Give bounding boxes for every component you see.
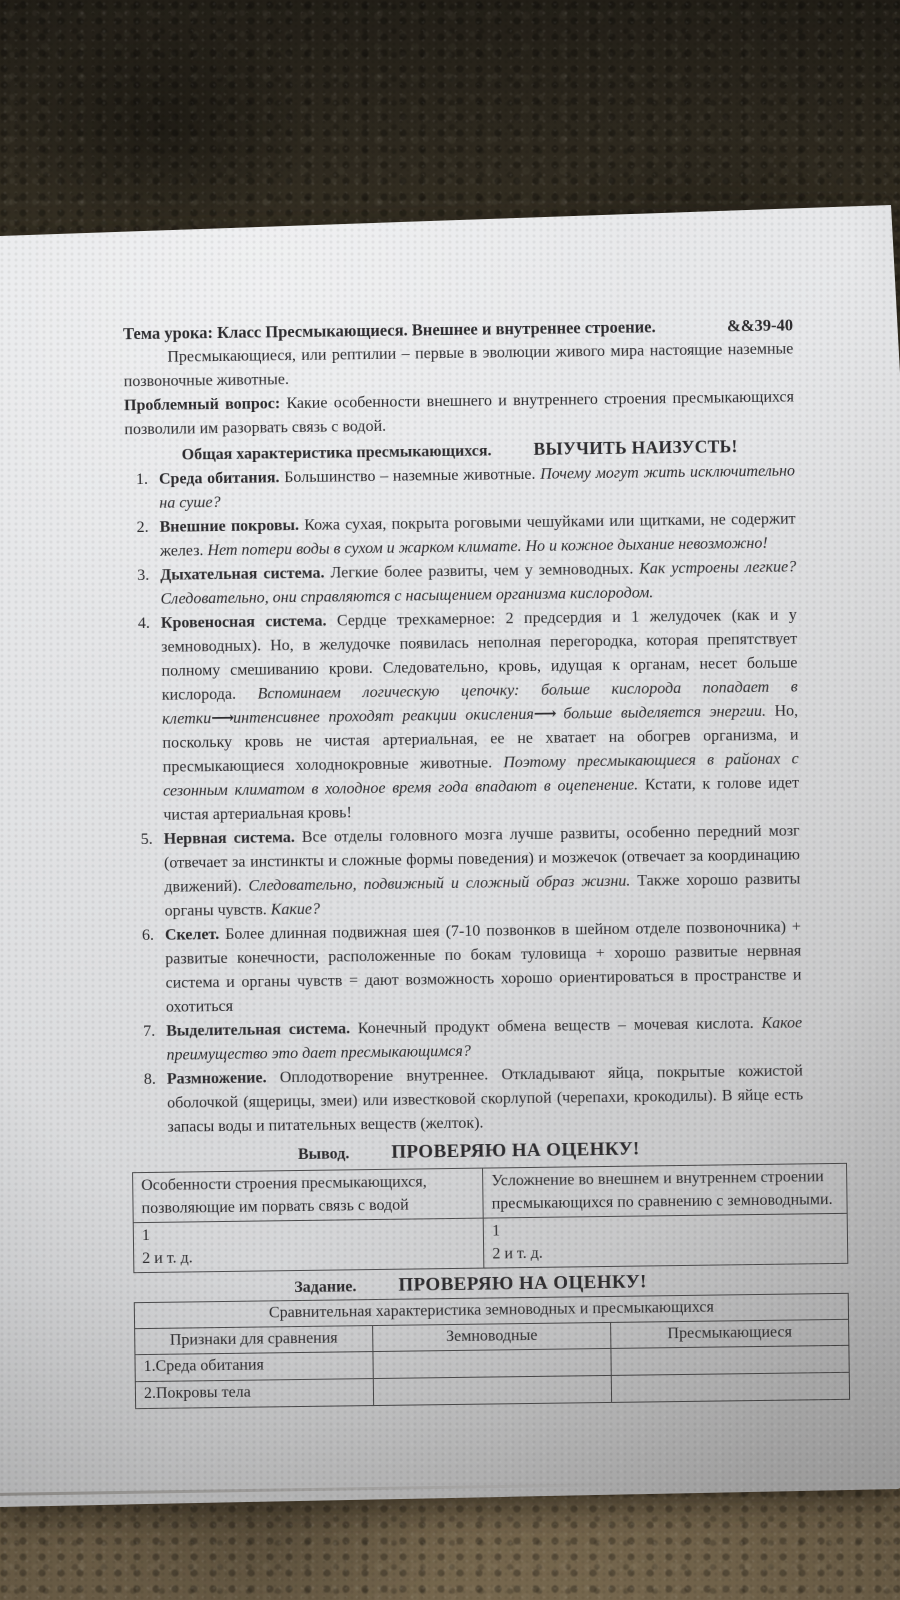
item-text: Выделительная система. Конечный продукт … [166, 1011, 803, 1067]
paper-wrapper: Тема урока: Класс Пресмыкающиеся. Внешне… [0, 0, 900, 1600]
paper-sheet: Тема урока: Класс Пресмыкающиеся. Внешне… [0, 0, 900, 1600]
item-number: 4. [127, 612, 161, 636]
item-number: 2. [125, 516, 159, 540]
conclusion-cell-right: 1 2 и т. д. [483, 1213, 847, 1268]
cell-line: 2 и т. д. [492, 1238, 839, 1266]
section-heading-right: ВЫУЧИТЬ НАИЗУСТЬ! [533, 436, 737, 459]
comparison-col-header: Земноводные [373, 1322, 611, 1351]
conclusion-header-right: Усложнение во внешнем и внутреннем строе… [483, 1163, 847, 1218]
conclusion-cell-left: 1 2 и т. д. [133, 1218, 484, 1273]
comparison-col-header: Пресмыкающиеся [611, 1319, 849, 1348]
zadanie-label: Задание. [294, 1278, 356, 1296]
vyvod-label: Вывод. [298, 1145, 350, 1163]
list-item: 4. Кровеносная система. Сердце трехкамер… [127, 603, 800, 828]
intro-paragraph: Пресмыкающиеся, или рептилии – первые в … [123, 337, 794, 394]
conclusion-table: Особенности строения пресмыкающихся, поз… [132, 1163, 848, 1273]
list-item: 7. Выделительная система. Конечный проду… [132, 1011, 803, 1068]
list-item: 3. Дыхательная система. Легкие более раз… [126, 555, 797, 612]
comparison-col-header: Признаки для сравнения [135, 1326, 373, 1355]
item-text: Нервная система. Все отделы головного мо… [164, 819, 801, 923]
item-number: 7. [132, 1020, 166, 1044]
document-content: Тема урока: Класс Пресмыкающиеся. Внешне… [0, 0, 900, 1411]
comparison-row-cell: 2.Покровы тела [135, 1379, 373, 1409]
second-sheet-edge [0, 1483, 620, 1496]
item-number: 1. [125, 468, 159, 492]
section-heading-left: Общая характеристика пресмыкающихся. [182, 442, 492, 463]
comparison-row-cell [373, 1348, 611, 1378]
item-text: Скелет. Более длинная подвижная шея (7-1… [165, 915, 802, 1019]
cell-line: 2 и т. д. [142, 1243, 475, 1270]
list-item: 5. Нервная система. Все отделы головного… [130, 819, 801, 924]
problem-question-paragraph: Проблемный вопрос: Какие особенности вне… [124, 385, 795, 442]
vyvod-check-label: ПРОВЕРЯЮ НА ОЦЕНКУ! [391, 1139, 640, 1163]
comparison-table: Сравнительная характеристика земноводных… [134, 1293, 850, 1409]
comparison-row-cell: 1.Среда обитания [135, 1352, 373, 1382]
item-text: Среда обитания. Большинство – наземные ж… [159, 459, 796, 515]
item-text: Кровеносная система. Сердце трехкамерное… [161, 603, 800, 827]
list-item: 1. Среда обитания. Большинство – наземны… [125, 459, 796, 516]
item-number: 5. [130, 828, 164, 852]
item-text: Дыхательная система. Легкие более развит… [160, 555, 797, 611]
comparison-row-cell [611, 1372, 849, 1402]
conclusion-header-left: Особенности строения пресмыкающихся, поз… [133, 1168, 484, 1223]
item-number: 8. [133, 1068, 167, 1092]
comparison-row-cell [611, 1345, 849, 1375]
lesson-ref: &&39-40 [727, 313, 793, 338]
zadanie-check-label: ПРОВЕРЯЮ НА ОЦЕНКУ! [398, 1271, 647, 1295]
item-text: Внешние покровы. Кожа сухая, покрыта рог… [159, 507, 796, 563]
item-number: 6. [131, 924, 165, 948]
list-item: 6. Скелет. Более длинная подвижная шея (… [131, 915, 802, 1020]
list-item: 8. Размножение. Оплодотворение внутренне… [133, 1059, 804, 1140]
comparison-row-cell [373, 1375, 611, 1405]
item-number: 3. [126, 564, 160, 588]
conclusion-data-row: 1 2 и т. д. 1 2 и т. д. [133, 1213, 848, 1272]
list-item: 2. Внешние покровы. Кожа сухая, покрыта … [125, 507, 796, 564]
characteristics-list: 1. Среда обитания. Большинство – наземны… [125, 459, 804, 1140]
item-text: Размножение. Оплодотворение внутреннее. … [167, 1059, 804, 1139]
